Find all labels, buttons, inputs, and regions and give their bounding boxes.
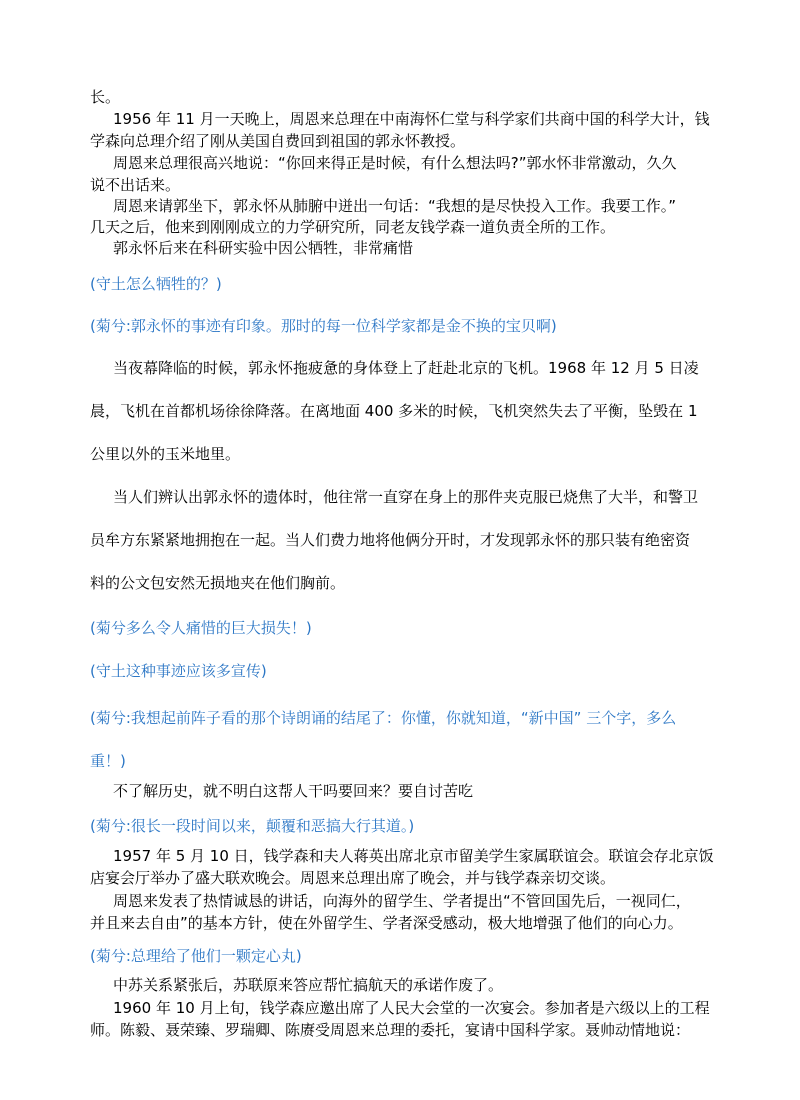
body-text-line: 长。 — [90, 89, 120, 106]
body-text-line: 说不出话来。 — [90, 177, 180, 194]
annotation-line: 重！) — [90, 753, 126, 770]
body-text-line: 郭永怀后来在科研实验中因公牺牲，非常痛惜 — [113, 240, 413, 257]
document-page: 长。1956 年 11 月一天晚上，周恩来总理在中南海怀仁堂与科学家们共商中国的… — [0, 0, 800, 1100]
body-text-line: 并且来去自由”的基本方针，使在外留学生、学者深受感动，极大地增强了他们的向心力。 — [90, 915, 683, 932]
body-text-line: 员牟方东紧紧地拥抱在一起。当人们费力地将他俩分开时，才发现郭永怀的那只装有绝密资 — [90, 532, 690, 549]
body-text-line: 不了解历史，就不明白这帮人干吗要回来？要自讨苦吃 — [113, 783, 473, 800]
annotation-line: (守土怎么牺牲的？) — [90, 276, 222, 293]
body-text-line: 周恩来总理很高兴地说：“你回来得正是时候，有什么想法吗?”郭水怀非常激动，久久 — [113, 155, 677, 172]
body-text-line: 料的公文包安然无损地夹在他们胸前。 — [90, 575, 345, 592]
body-text-line: 中苏关系紧张后，苏联原来答应帮忙搞航天的承诺作废了。 — [113, 977, 503, 994]
annotation-line: (菊兮:很长一段时间以来，颠覆和恶搞大行其道。) — [90, 818, 414, 835]
body-text-line: 学森向总理介绍了刚从美国自费回到祖国的郭永怀教授。 — [90, 133, 465, 150]
annotation-line: (菊兮:我想起前阵子看的那个诗朗诵的结尾了：你懂，你就知道，“新中国” 三个字，… — [90, 710, 676, 727]
body-text-line: 几天之后，他来到刚刚成立的力学研究所，同老友钱学森一道负责全所的工作。 — [90, 219, 615, 236]
annotation-line: (菊兮多么令人痛惜的巨大损失！) — [90, 620, 312, 637]
annotation-line: (菊兮:总理给了他们一颗定心丸) — [90, 948, 302, 965]
annotation-line: (菊兮:郭永怀的事迹有印象。那时的每一位科学家都是金不换的宝贝啊) — [90, 318, 557, 335]
body-text-line: 1956 年 11 月一天晚上，周恩来总理在中南海怀仁堂与科学家们共商中国的科学… — [113, 111, 710, 128]
body-text-line: 周恩来发表了热情诚恳的讲话，向海外的留学生、学者提出“不管回国先后，一视同仁， — [113, 893, 691, 910]
body-text-line: 1957 年 5 月 10 日，钱学森和夫人蒋英出席北京市留美学生家属联谊会。联… — [113, 848, 714, 865]
body-text-line: 当人们辨认出郭永怀的遗体时，他往常一直穿在身上的那件夹克服已烧焦了大半，和警卫 — [113, 489, 698, 506]
body-text-line: 师。陈毅、聂荣臻、罗瑞卿、陈赓受周恩来总理的委托，宴请中国科学家。聂帅动情地说： — [90, 1022, 690, 1039]
body-text-line: 晨，飞机在首都机场徐徐降落。在离地面 400 多米的时候，飞机突然失去了平衡，坠… — [90, 403, 697, 420]
body-text-line: 公里以外的玉米地里。 — [90, 446, 240, 463]
annotation-line: (守土这种事迹应该多宣传) — [90, 663, 267, 680]
body-text-line: 店宴会厅举办了盛大联欢晚会。周恩来总理出席了晚会，并与钱学森亲切交谈。 — [90, 870, 615, 887]
body-text-line: 1960 年 10 月上旬，钱学森应邀出席了人民大会堂的一次宴会。参加者是六级以… — [113, 1000, 710, 1017]
body-text-line: 当夜幕降临的时候，郭永怀拖疲惫的身体登上了赶赴北京的飞机。1968 年 12 月… — [113, 360, 699, 377]
body-text-line: 周恩来请郭坐下，郭永怀从肺腑中迸出一句话：“我想的是尽快投入工作。我要工作。” — [113, 198, 676, 215]
